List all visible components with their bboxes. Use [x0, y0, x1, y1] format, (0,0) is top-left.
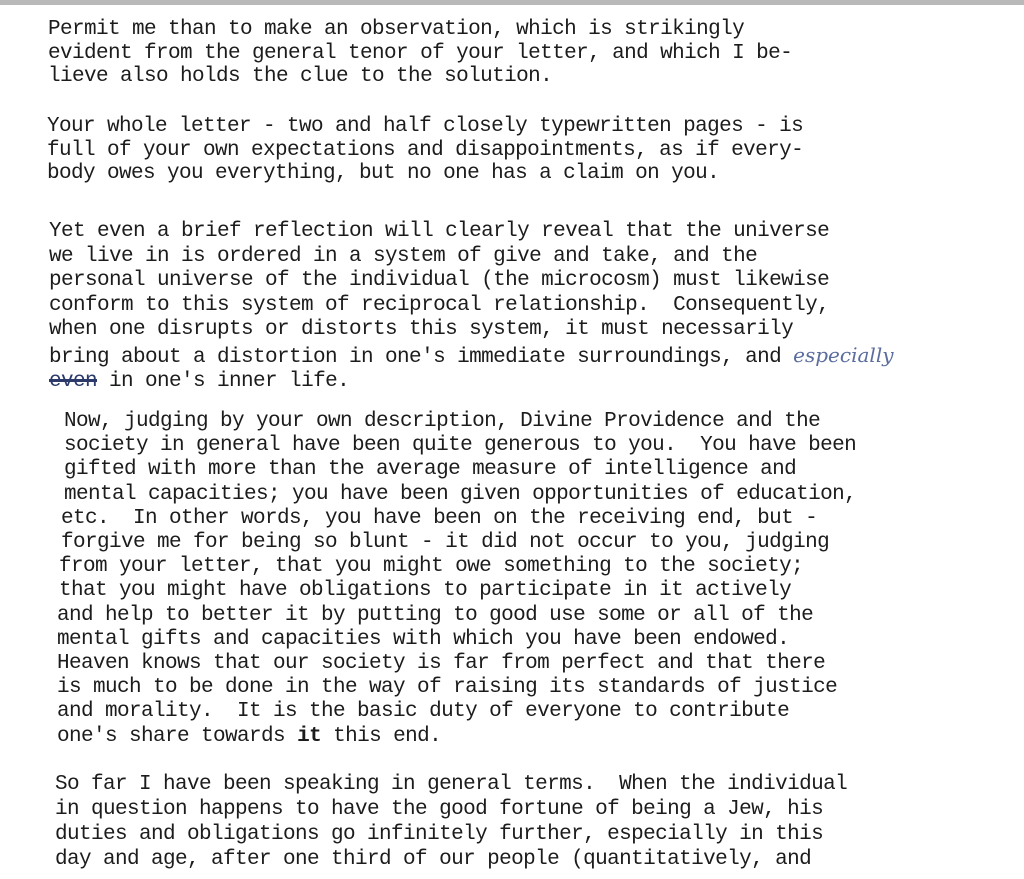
text-line: forgive me for being so blunt - it did n… — [61, 531, 856, 555]
text-line-with-strike: even in one's inner life. — [49, 370, 894, 395]
handwritten-annotation: especially — [793, 343, 893, 367]
text-line: etc. In other words, you have been on th… — [61, 507, 856, 531]
text-line: mental gifts and capacities with which y… — [57, 628, 856, 652]
text-line: society in general have been quite gener… — [64, 434, 856, 458]
struck-word: even — [49, 370, 97, 393]
text-segment: one's share towards — [57, 725, 285, 748]
paragraph-your-letter: Your whole letter - two and half closely… — [47, 115, 803, 186]
text-line: evident from the general tenor of your l… — [48, 42, 792, 66]
text-line: we live in is ordered in a system of giv… — [49, 245, 894, 270]
text-line: conform to this system of reciprocal rel… — [49, 294, 894, 319]
text-segment: bring about a distortion in one's immedi… — [49, 346, 781, 369]
text-line: personal universe of the individual (the… — [49, 269, 894, 294]
overtyped-word: it — [297, 725, 321, 748]
typewritten-letter-page: Permit me than to make an observation, w… — [0, 0, 1024, 879]
text-line: full of your own expectations and disapp… — [47, 139, 803, 163]
paragraph-universe: Yet even a brief reflection will clearly… — [49, 220, 894, 395]
text-line: and morality. It is the basic duty of ev… — [57, 700, 856, 724]
text-line: and help to better it by putting to good… — [57, 604, 856, 628]
text-line: duties and obligations go infinitely fur… — [55, 822, 847, 847]
text-line: Permit me than to make an observation, w… — [48, 18, 792, 42]
paragraph-divine-providence: Now, judging by your own description, Di… — [64, 410, 856, 749]
text-line: Yet even a brief reflection will clearly… — [49, 220, 894, 245]
text-line: in question happens to have the good for… — [55, 797, 847, 822]
paragraph-general-terms: So far I have been speaking in general t… — [55, 772, 847, 872]
text-line: from your letter, that you might owe som… — [59, 555, 856, 579]
text-line: that you might have obligations to parti… — [59, 579, 856, 603]
text-line: is much to be done in the way of raising… — [57, 676, 856, 700]
text-line: Your whole letter - two and half closely… — [47, 115, 803, 139]
text-segment: in one's inner life. — [109, 370, 349, 393]
text-line: lieve also holds the clue to the solutio… — [48, 65, 792, 89]
text-line: gifted with more than the average measur… — [64, 458, 856, 482]
text-line: when one disrupts or distorts this syste… — [49, 318, 894, 343]
text-segment: this end. — [333, 725, 441, 748]
text-line: body owes you everything, but no one has… — [47, 162, 803, 186]
text-line: Now, judging by your own description, Di… — [64, 410, 856, 434]
paragraph-observation: Permit me than to make an observation, w… — [48, 18, 792, 89]
text-line-with-insert: bring about a distortion in one's immedi… — [49, 343, 894, 371]
text-line: day and age, after one third of our peop… — [55, 847, 847, 872]
text-line: Heaven knows that our society is far fro… — [57, 652, 856, 676]
text-line-with-overtype: one's share towards it this end. — [57, 725, 856, 749]
text-line: So far I have been speaking in general t… — [55, 772, 847, 797]
text-line: mental capacities; you have been given o… — [64, 483, 856, 507]
